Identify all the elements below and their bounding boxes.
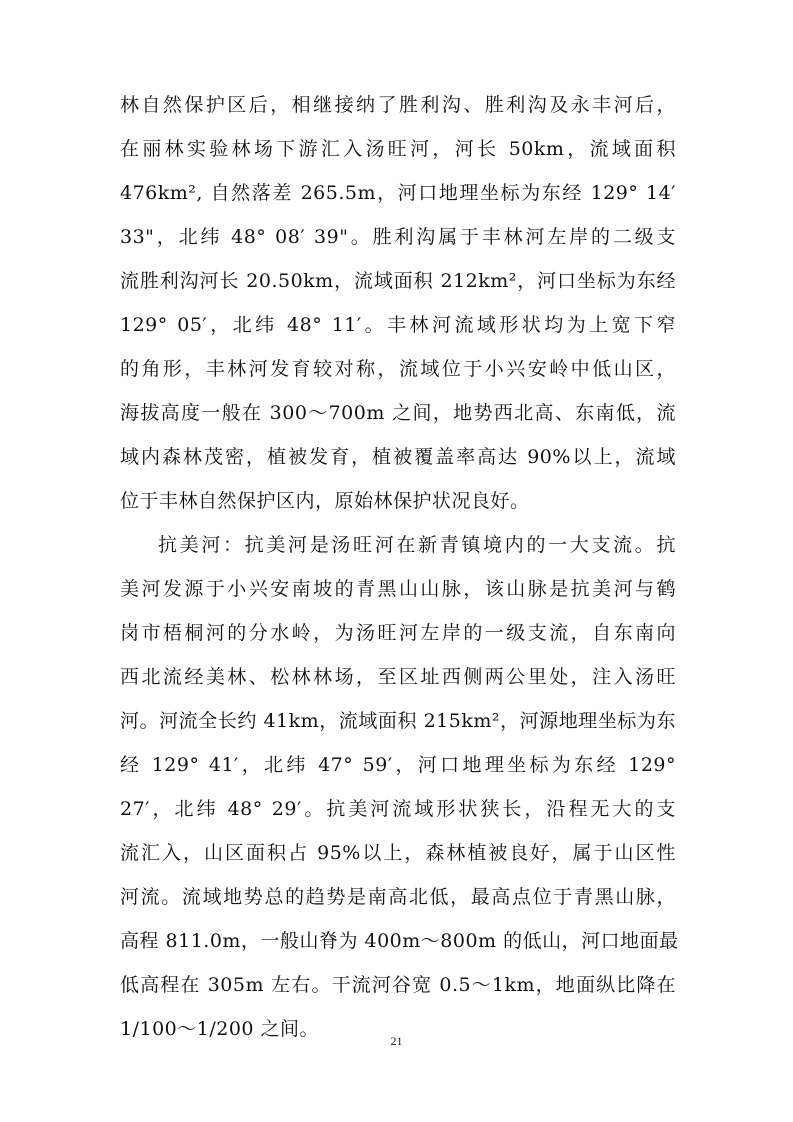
page-number: 21 bbox=[0, 1034, 793, 1049]
paragraph-fenglin-river: 林自然保护区后，相继接纳了胜利沟、胜利沟及永丰河后， 在丽林实验林场下游汇入汤旺… bbox=[120, 83, 676, 523]
text-line: 美河发源于小兴安南坡的青黑山山脉，该山脉是抗美河与鹤 bbox=[120, 567, 676, 611]
text-line: 高程 811.0m，一般山脊为 400m～800m 的低山，河口地面最 bbox=[120, 919, 676, 963]
text-line: 低高程在 305m 左右。干流河谷宽 0.5～1km，地面纵比降在 bbox=[120, 963, 676, 1007]
text-line: 27′，北纬 48° 29′。抗美河流域形状狭长，沿程无大的支 bbox=[120, 787, 676, 831]
text-line: 129° 05′，北纬 48° 11′。丰林河流域形状均为上宽下窄 bbox=[120, 303, 676, 347]
text-line: 海拔高度一般在 300～700m 之间，地势西北高、东南低，流 bbox=[120, 391, 676, 435]
text-line: 河。河流全长约 41km，流域面积 215km²，河源地理坐标为东 bbox=[120, 699, 676, 743]
text-line: 的角形，丰林河发育较对称，流域位于小兴安岭中低山区， bbox=[120, 347, 676, 391]
text-line: 476km², 自然落差 265.5m，河口地理坐标为东经 129° 14′ bbox=[120, 171, 676, 215]
paragraph-kangmei-river: 抗美河：抗美河是汤旺河在新青镇境内的一大支流。抗 美河发源于小兴安南坡的青黑山山… bbox=[120, 523, 676, 1051]
document-page: 林自然保护区后，相继接纳了胜利沟、胜利沟及永丰河后， 在丽林实验林场下游汇入汤旺… bbox=[0, 0, 793, 1122]
text-line: 流胜利沟河长 20.50km，流域面积 212km²，河口坐标为东经 bbox=[120, 259, 676, 303]
text-line: 西北流经美林、松林林场，至区址西侧两公里处，注入汤旺 bbox=[120, 655, 676, 699]
text-line: 河流。流域地势总的趋势是南高北低，最高点位于青黑山脉， bbox=[120, 875, 676, 919]
text-line: 流汇入，山区面积占 95%以上，森林植被良好，属于山区性 bbox=[120, 831, 676, 875]
text-line: 在丽林实验林场下游汇入汤旺河，河长 50km，流域面积 bbox=[120, 127, 676, 171]
text-line: 位于丰林自然保护区内，原始林保护状况良好。 bbox=[120, 479, 676, 523]
text-line: 经 129° 41′，北纬 47° 59′，河口地理坐标为东经 129° bbox=[120, 743, 676, 787]
text-line: 域内森林茂密，植被发育，植被覆盖率高达 90%以上，流域 bbox=[120, 435, 676, 479]
text-line: 林自然保护区后，相继接纳了胜利沟、胜利沟及永丰河后， bbox=[120, 83, 676, 127]
text-line: 33"，北纬 48° 08′ 39"。胜利沟属于丰林河左岸的二级支 bbox=[120, 215, 676, 259]
text-line: 抗美河：抗美河是汤旺河在新青镇境内的一大支流。抗 bbox=[120, 523, 676, 567]
text-line: 岗市梧桐河的分水岭，为汤旺河左岸的一级支流，自东南向 bbox=[120, 611, 676, 655]
body-text: 林自然保护区后，相继接纳了胜利沟、胜利沟及永丰河后， 在丽林实验林场下游汇入汤旺… bbox=[120, 83, 676, 1051]
